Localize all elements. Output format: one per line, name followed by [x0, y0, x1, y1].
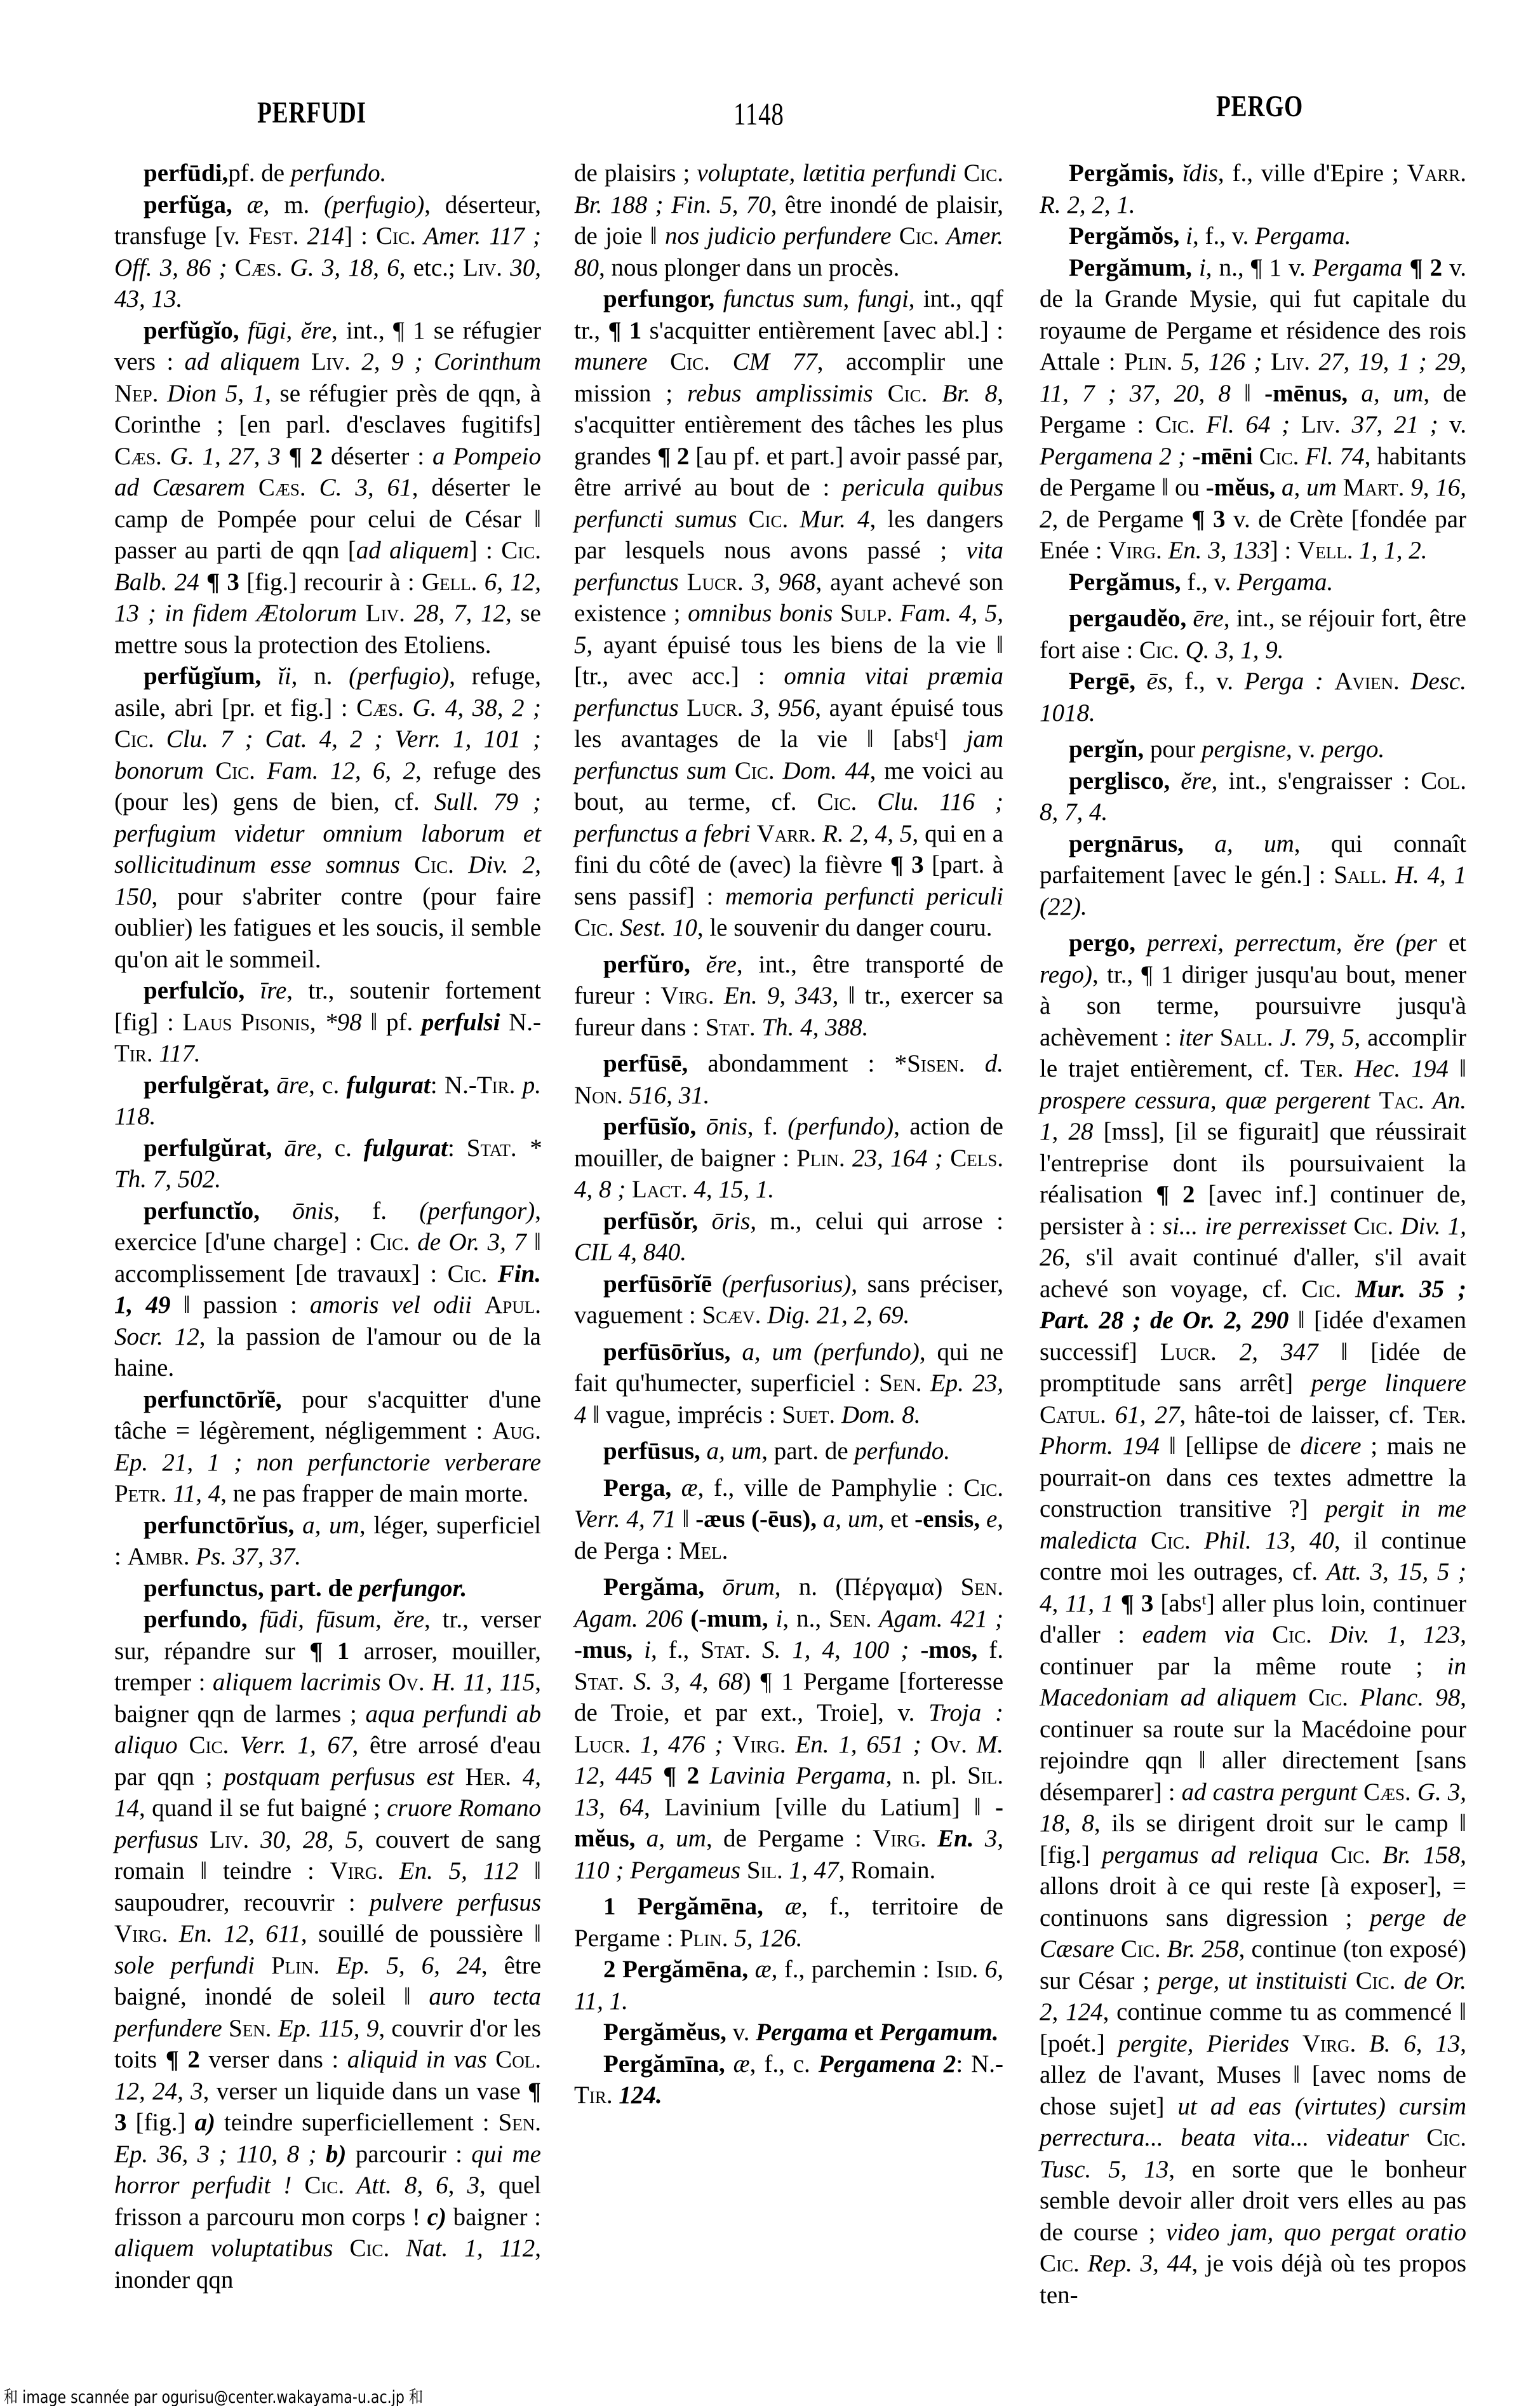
entry-text: , n. (Πέργαμα)	[775, 1573, 961, 1601]
entry-text: Ps. 37, 37.	[190, 1543, 302, 1570]
entry-text: Pergamena 2 ;	[1040, 443, 1192, 470]
dictionary-entry: Pergămĕus, v. Pergama et Pergamum.	[574, 2017, 1003, 2048]
entry-text: -æus (-ēus),	[695, 1505, 823, 1533]
entry-text: Balb. 24	[114, 568, 199, 596]
entry-text: , f.,	[651, 1636, 700, 1663]
entry-text: , n.,	[782, 1605, 829, 1632]
headword: 2 Pergămēna,	[603, 1956, 755, 1983]
entry-text: CM 77	[710, 348, 817, 375]
dictionary-entry: perfŭro, ĕre, int., être transporté de f…	[574, 949, 1003, 1044]
entry-text: (perfundo)	[787, 1113, 894, 1140]
entry-text: a, um (perfundo)	[742, 1338, 920, 1366]
entry-text: amoris vel odii	[310, 1291, 485, 1319]
entry-text: munere	[574, 348, 670, 375]
headword: perfungor,	[603, 285, 723, 313]
headword: Pergăma,	[603, 1573, 722, 1601]
entry-text: B. 6, 13	[1356, 2030, 1460, 2057]
entry-text: Sisen.	[907, 1050, 965, 1077]
headword: perfūsŏr,	[603, 1207, 712, 1235]
entry-text: Fl. 74	[1299, 443, 1364, 470]
entry-text: G. 1, 27, 3	[162, 443, 281, 470]
entry-text: et	[848, 2019, 880, 2046]
entry-text: Liv.	[1271, 348, 1310, 375]
entry-text: Liv.	[463, 254, 502, 281]
entry-text: ‖	[676, 1505, 696, 1533]
entry-text: , de Pergame :	[706, 1825, 873, 1852]
entry-text: Cic.	[963, 159, 1003, 187]
entry-text: Virg.	[660, 982, 714, 1009]
dictionary-entry: perfūsē, abondamment : *Sisen. d. Non. 5…	[574, 1048, 1003, 1111]
entry-text: ] :	[344, 222, 376, 250]
entry-text: :	[956, 2050, 971, 2078]
dictionary-entry: 1 Pergămēna, æ, f., territoire de Pergam…	[574, 1891, 1003, 1954]
entry-text: æ	[681, 1474, 698, 1502]
entry-text: abondamment : *	[707, 1050, 907, 1077]
headword: Pergămĕus,	[603, 2019, 733, 2046]
entry-text: Stat.	[706, 1014, 756, 1041]
entry-text: æ	[785, 1893, 801, 1920]
entry-text: -mus,	[574, 1636, 644, 1663]
entry-text: ĭdis	[1182, 159, 1218, 187]
entry-text: Liv.	[210, 1826, 249, 1853]
entry-text: ōnis	[292, 1197, 333, 1225]
entry-text: , m., celui qui arrose :	[750, 1207, 1003, 1235]
entry-text: 8, 7, 4.	[1040, 798, 1108, 826]
entry-text: Pergama.	[1237, 568, 1333, 596]
entry-text: 13, 64	[574, 1794, 644, 1821]
entry-text: , f., v.	[1193, 222, 1255, 250]
entry-text: ¶ 3	[1191, 506, 1233, 533]
entry-text: S. 1, 4, 100 ;	[751, 1636, 920, 1663]
headword: Pergămŏs,	[1069, 222, 1186, 250]
entry-text: 5, 126 ;	[1172, 348, 1271, 375]
entry-text: Cic.	[414, 851, 454, 878]
entry-text: 117.	[153, 1040, 201, 1067]
entry-text: , n. pl.	[886, 1762, 967, 1789]
dictionary-entry: perfūsōrĭē (perfusorius), sans préciser,…	[574, 1268, 1003, 1331]
entry-text: Cic.	[1356, 1967, 1396, 1994]
entry-text: pergite, Pierides	[1118, 2030, 1302, 2057]
entry-text: G. 4, 38, 2 ;	[404, 694, 541, 722]
entry-text: Gell.	[422, 568, 477, 596]
entry-text: Dom. 44	[775, 757, 870, 784]
entry-text: Cels.	[950, 1145, 1003, 1172]
entry-text: Virg.	[873, 1825, 926, 1852]
entry-text: Ep. 36, 3 ; 110, 8 ;	[114, 2141, 326, 2168]
entry-text: Sen.	[499, 2109, 541, 2136]
entry-text: v.	[733, 2019, 756, 2046]
entry-text: a, um	[1361, 380, 1423, 407]
entry-text: s'acquitter entièrement [avec abl.] :	[650, 317, 1003, 344]
entry-text: 3, 968	[744, 568, 816, 596]
entry-text: Mel.	[679, 1537, 728, 1564]
entry-text: Sulp.	[840, 600, 892, 627]
entry-text: Virg.	[1108, 537, 1162, 564]
entry-text: Virg.	[114, 1920, 168, 1947]
entry-text: æ	[247, 191, 264, 218]
headword: perfūsus,	[603, 1437, 707, 1465]
entry-text: de plaisirs ;	[574, 159, 697, 187]
dictionary-entry: perfŭgĭo, fūgi, ĕre, int., ¶ 1 se réfugi…	[114, 315, 541, 661]
headword: perfūsĭo,	[603, 1113, 706, 1140]
entry-text: En. 12, 611	[168, 1920, 300, 1947]
entry-text: (perfugio)	[349, 662, 449, 690]
entry-text: Cic.	[189, 1731, 229, 1759]
dictionary-entry: perfulgĕrat, āre, c. fulgurat: N.-Tir. p…	[114, 1070, 541, 1132]
entry-text: voluptate, lætitia perfundi	[697, 159, 963, 187]
entry-text: Cic.	[670, 348, 710, 375]
entry-text: fulgurat	[364, 1134, 448, 1162]
dictionary-entry: perfunctĭo, ōnis, f. (perfungor), exerci…	[114, 1195, 541, 1384]
entry-text: Ov.	[388, 1669, 424, 1696]
entry-text: a, um	[707, 1437, 762, 1465]
entry-text: Cic.	[304, 2172, 344, 2199]
entry-text: pergamus ad reliqua	[1102, 1841, 1330, 1869]
entry-text: (-mum,	[690, 1605, 775, 1632]
entry-text: , etc.;	[399, 254, 463, 281]
entry-text: æ	[755, 1956, 772, 1983]
entry-text: Sil.	[747, 1857, 783, 1884]
entry-text: , Romain.	[839, 1857, 936, 1884]
entry-text: Verr. 4, 71	[574, 1505, 676, 1533]
entry-text: Sen.	[879, 1369, 921, 1397]
entry-text: Petr.	[114, 1480, 166, 1507]
dictionary-entry: Pergămus, f., v. Pergama.	[1040, 567, 1466, 598]
entry-text: Mur. 4	[788, 506, 869, 533]
entry-text: ¶ 3	[1114, 1590, 1161, 1617]
entry-text: Virg.	[1302, 2030, 1356, 2057]
entry-text: Cæs.	[258, 474, 306, 501]
entry-text: , souillé de poussière ‖	[301, 1920, 541, 1947]
headword: perfunctōrĭē,	[144, 1386, 302, 1413]
entry-text: ¶ 2	[653, 1762, 710, 1789]
entry-text: āre	[285, 1134, 317, 1162]
entry-text: , nous plonger dans un procès.	[599, 254, 899, 281]
entry-text: , de Pergame	[1052, 506, 1192, 533]
entry-text: īre	[260, 977, 286, 1004]
entry-text: Planc. 98	[1348, 1684, 1460, 1711]
entry-text: J. 79, 5	[1273, 1024, 1355, 1051]
entry-text: Fam. 12, 6, 2	[255, 757, 415, 784]
entry-text: ad castra pergunt	[1182, 1778, 1363, 1806]
entry-text: 2, 347	[1217, 1338, 1318, 1366]
entry-text: , c.	[309, 1072, 346, 1099]
entry-text: a, um	[302, 1512, 359, 1539]
entry-text: 61, 27	[1106, 1401, 1180, 1428]
entry-text: Tac.	[1379, 1087, 1424, 1114]
entry-text: En.	[927, 1825, 974, 1852]
dictionary-entry: perfūsĭo, ōnis, f. (perfundo), action de…	[574, 1111, 1003, 1206]
entry-text: teindre superficiellement :	[215, 2109, 499, 2136]
entry-text: part. de	[270, 1575, 359, 1602]
entry-text: Hec. 194	[1344, 1055, 1449, 1082]
entry-text: video jam, quo pergat oratio	[1166, 2219, 1466, 2246]
entry-text: Isid.	[936, 1956, 978, 1983]
dictionary-entry: Perga, æ, f., ville de Pamphylie : Cic. …	[574, 1472, 1003, 1567]
entry-text: pergisne	[1202, 736, 1286, 763]
entry-text: i	[1199, 254, 1206, 281]
dictionary-entry: perfunctōrĭus, a, um, léger, superficiel…	[114, 1510, 541, 1573]
entry-text: ēs	[1147, 668, 1168, 695]
entry-text: ¶ 3	[890, 851, 932, 878]
entry-text: *98	[325, 1009, 362, 1036]
entry-text: ‖	[1449, 1055, 1466, 1082]
headword: perfundo,	[144, 1606, 260, 1633]
dictionary-entry: pergaudĕo, ēre, int., se réjouir fort, ê…	[1040, 603, 1466, 666]
entry-text: i	[644, 1636, 651, 1663]
entry-text: ‖ passion :	[170, 1291, 310, 1319]
dictionary-entry: 2 Pergămēna, æ, f., parchemin : Isid. 6,…	[574, 1954, 1003, 2017]
entry-text: Ter.	[1301, 1055, 1344, 1082]
entry-text: Pergama.	[1255, 222, 1351, 250]
entry-text: Lucr.	[574, 1731, 631, 1758]
entry-text: , f.	[747, 1113, 788, 1140]
entry-text: Ep. 115, 9	[271, 2015, 378, 2042]
entry-text: Lucr.	[686, 694, 743, 722]
dictionary-entry: Pergămis, ĭdis, f., ville d'Epire ; Varr…	[1040, 158, 1466, 220]
entry-text: 30, 28, 5	[249, 1826, 358, 1853]
entry-text: , ne pas frapper de main morte.	[220, 1480, 528, 1507]
right-guide-word: PERGO	[1216, 89, 1303, 124]
entry-text: rebus amplissimis	[687, 380, 887, 407]
entry-text: Plin.	[1124, 348, 1172, 375]
entry-text: -mos,	[920, 1636, 989, 1663]
dictionary-entry: pergĭn, pour pergisne, v. pergo.	[1040, 734, 1466, 765]
entry-text: 5, 126.	[728, 1925, 803, 1952]
headword: perglisco,	[1069, 767, 1181, 795]
entry-text: Cic.	[1426, 2124, 1466, 2151]
headword: perfūsē,	[603, 1050, 707, 1077]
entry-text: 4, 15, 1.	[688, 1176, 775, 1203]
entry-text: Stat.	[467, 1134, 517, 1162]
entry-text: perfundo.	[854, 1437, 950, 1465]
entry-text: perrexi, perrectum, ĕre (per	[1147, 929, 1449, 957]
entry-text: Virg.	[330, 1857, 384, 1885]
headword: perfunctĭo,	[144, 1197, 292, 1225]
entry-text: Dom. 8.	[835, 1401, 920, 1428]
dictionary-column-3: Pergămis, ĭdis, f., ville d'Epire ; Varr…	[1040, 158, 1466, 2311]
entry-text: 4, 8 ;	[574, 1176, 632, 1203]
entry-text: Br. 188 ; Fin. 5, 70	[574, 191, 771, 218]
entry-text: Rep. 3, 44	[1080, 2250, 1192, 2277]
entry-text: ¶ 2	[657, 443, 695, 470]
entry-text: Cic.	[1259, 443, 1299, 470]
entry-text: Liv.	[1301, 411, 1341, 438]
entry-text: a, um	[1282, 474, 1343, 501]
entry-text: ōris	[712, 1207, 751, 1235]
entry-text: memoria perfuncti periculi	[725, 883, 1003, 910]
entry-text: Perga :	[1244, 668, 1334, 695]
dictionary-entry: perfulcĭo, īre, tr., soutenir fortement …	[114, 975, 541, 1070]
entry-text: Phil. 13, 40	[1191, 1527, 1334, 1554]
dictionary-entry: Pergămum, i, n., ¶ 1 v. Pergama ¶ 2 v. d…	[1040, 252, 1466, 567]
entry-text: i	[1186, 222, 1193, 250]
entry-text: Liv.	[311, 348, 351, 375]
entry-text: pf. de	[228, 159, 291, 187]
entry-text: Cic.	[1301, 1275, 1341, 1303]
entry-text: (perfungor)	[419, 1197, 535, 1225]
entry-text: C. 3, 61	[306, 474, 412, 501]
entry-text: , f., c.	[750, 2050, 819, 2078]
entry-text: Agam. 206	[574, 1605, 690, 1632]
entry-text: Cic.	[1353, 1213, 1393, 1240]
entry-text: déserter :	[331, 443, 432, 470]
entry-text: c)	[427, 2203, 446, 2231]
headword: 1 Pergămēna,	[603, 1893, 785, 1920]
entry-text: aliquem lacrimis	[213, 1669, 388, 1696]
dictionary-entry: de plaisirs ; voluptate, lætitia perfund…	[574, 158, 1003, 283]
entry-text: Cic.	[1155, 411, 1195, 438]
entry-text: ‖	[1231, 380, 1264, 407]
entry-text: ¶ 1	[309, 1637, 363, 1665]
entry-text: i	[776, 1605, 783, 1632]
entry-text: Plin.	[271, 1952, 319, 1979]
entry-text: ‖ [ellipse de	[1160, 1432, 1300, 1460]
entry-text: a, um	[646, 1825, 706, 1852]
entry-text: ēre	[1193, 605, 1223, 632]
entry-text: postquam perfusus est	[224, 1763, 465, 1791]
entry-text: Varr.	[1407, 159, 1466, 187]
entry-text: Cic.	[817, 788, 857, 816]
entry-text: H. 11, 115	[425, 1669, 535, 1696]
entry-text: Cic.	[574, 914, 614, 941]
entry-text: et	[1449, 929, 1466, 957]
entry-text: Ter.	[1423, 1401, 1466, 1428]
entry-text: ,	[310, 1009, 325, 1036]
entry-text: pour	[1150, 736, 1202, 763]
entry-text: Lavinia Pergama	[710, 1762, 886, 1789]
headword: Pergămīna,	[603, 2050, 733, 2078]
entry-text: a, um	[1214, 830, 1294, 857]
entry-text: Br. 258	[1161, 1935, 1239, 1963]
headword: pergĭn,	[1069, 736, 1150, 763]
entry-text: Pergama	[1313, 254, 1403, 281]
dictionary-entry: perfŭgĭum, ĭi, n. (perfugio), refuge, as…	[114, 661, 541, 975]
entry-text: Catul.	[1040, 1401, 1106, 1428]
entry-text: Cic.	[448, 1260, 488, 1287]
dictionary-entry: perfungor, functus sum, fungi, int., qqf…	[574, 283, 1003, 944]
entry-text: Br. 158	[1370, 1841, 1460, 1869]
headword: pergaudĕo,	[1069, 605, 1193, 632]
entry-text: f.	[989, 1636, 1003, 1663]
entry-text: Lucr.	[687, 568, 744, 596]
entry-text: Sall.	[1220, 1024, 1273, 1051]
headword: Pergămus,	[1069, 568, 1187, 596]
entry-text: aliquem voluptatibus	[114, 2235, 350, 2262]
dictionary-entry: perfundo, fūdi, fūsum, ĕre, tr., verser …	[114, 1604, 541, 2295]
entry-text: Th. 4, 388.	[756, 1014, 869, 1041]
entry-text: Col.	[1421, 767, 1466, 795]
entry-text: omnibus bonis	[688, 600, 840, 627]
entry-text: ¶ 2	[1156, 1181, 1208, 1208]
entry-text: pergo.	[1322, 736, 1384, 763]
headword: Perga,	[603, 1474, 681, 1502]
entry-text: ¶ 2	[1402, 254, 1449, 281]
entry-text: perfulsi	[422, 1009, 500, 1036]
entry-text: ] :	[469, 537, 502, 564]
entry-text: nos judicio perfundere	[665, 222, 899, 250]
entry-text: Plin.	[796, 1145, 845, 1172]
entry-text: Br. 8	[927, 380, 997, 407]
entry-text: 37, 21 ;	[1341, 411, 1449, 438]
headword: perfŭro,	[603, 951, 706, 978]
entry-text: Pergamena 2	[819, 2050, 956, 2078]
entry-text: ĕre	[706, 951, 736, 978]
entry-text: de Or. 3, 7	[410, 1228, 526, 1256]
entry-text: eadem via	[1142, 1621, 1272, 1648]
entry-text: ‖ pf.	[362, 1009, 422, 1036]
entry-text: (perfugio)	[324, 191, 424, 218]
entry-text: ¶ 3	[199, 568, 246, 596]
entry-text: Col.	[495, 2046, 541, 2073]
entry-text: Q. 3, 1, 9.	[1179, 636, 1284, 664]
entry-text: Cæs.	[1363, 1778, 1411, 1806]
entry-text: 28, 7, 12	[405, 600, 506, 627]
entry-text: Cic.	[376, 222, 416, 250]
entry-text: Cic.	[501, 537, 541, 564]
entry-text: Dig. 21, 2, 69.	[761, 1301, 909, 1329]
dictionary-entry: perfunctus, part. de perfungor.	[114, 1573, 541, 1604]
entry-text: Cic.	[963, 1474, 1003, 1502]
entry-text: perge linquere	[1311, 1369, 1466, 1397]
entry-text: Sen.	[229, 2015, 271, 2042]
entry-text: 124.	[613, 2081, 662, 2109]
entry-text: Cic.	[1151, 1527, 1191, 1554]
entry-text: , int., s'engraisser :	[1212, 767, 1421, 795]
scan-credit-footer: 和 image scannée par ogurisu@center.wakay…	[4, 2383, 423, 2406]
dictionary-entry: Pergămŏs, i, f., v. Pergama.	[1040, 220, 1466, 252]
entry-text: Sall.	[1334, 861, 1387, 889]
entry-text: , verser un liquide dans un vase	[203, 2078, 528, 2105]
entry-text: ĕre	[1181, 767, 1211, 795]
entry-text: Nat. 1, 112	[389, 2235, 535, 2262]
entry-text: Aug.	[492, 1417, 541, 1444]
entry-text: , quand il se fut baigné ;	[139, 1794, 387, 1822]
entry-text: En. 5, 112	[384, 1857, 518, 1885]
headword: perfulgŭrat,	[144, 1134, 285, 1162]
entry-text: , Lavinium [ville du Latium] ‖	[644, 1794, 995, 1821]
entry-text: b)	[326, 2141, 347, 2168]
entry-text: Verr. 1, 67	[229, 1731, 352, 1759]
headword: perfŭgĭum,	[144, 662, 278, 690]
entry-text: , le souvenir du danger couru.	[697, 914, 993, 941]
entry-text: Vell.	[1297, 537, 1353, 564]
dictionary-entry: perfulgŭrat, āre, c. fulgurat: Stat. * T…	[114, 1132, 541, 1195]
entry-text: Phorm. 194	[1040, 1432, 1160, 1460]
entry-text: -mēni	[1192, 443, 1259, 470]
entry-text: En. 1, 651 ;	[786, 1731, 931, 1758]
headword: perfūdi,	[144, 159, 228, 187]
entry-text: , f., parchemin :	[772, 1956, 936, 1983]
entry-text: e	[986, 1505, 997, 1533]
entry-text: f., v.	[1187, 568, 1237, 596]
entry-text: Cic.	[1121, 1935, 1161, 1963]
entry-text: ōnis	[706, 1113, 747, 1140]
headword: Pergē,	[1069, 668, 1147, 695]
dictionary-entry: perfunctōrĭē, pour s'acquitter d'une tâc…	[114, 1384, 541, 1510]
entry-text: Cic.	[735, 757, 775, 784]
entry-text: Cic.	[748, 506, 788, 533]
headword: perfunctōrĭus,	[144, 1512, 302, 1539]
entry-text: Socr. 12	[114, 1323, 199, 1350]
entry-text: āre	[277, 1072, 309, 1099]
page-number: 1148	[733, 95, 784, 132]
dictionary-entry: perfūsŏr, ōris, m., celui qui arrose : C…	[574, 1206, 1003, 1268]
entry-text: Mart.	[1343, 474, 1405, 501]
entry-text: Lucr.	[1160, 1338, 1217, 1366]
entry-text: Att. 8, 6, 3	[344, 2172, 479, 2199]
entry-text: , hâte-toi de laisser, cf.	[1179, 1401, 1423, 1428]
